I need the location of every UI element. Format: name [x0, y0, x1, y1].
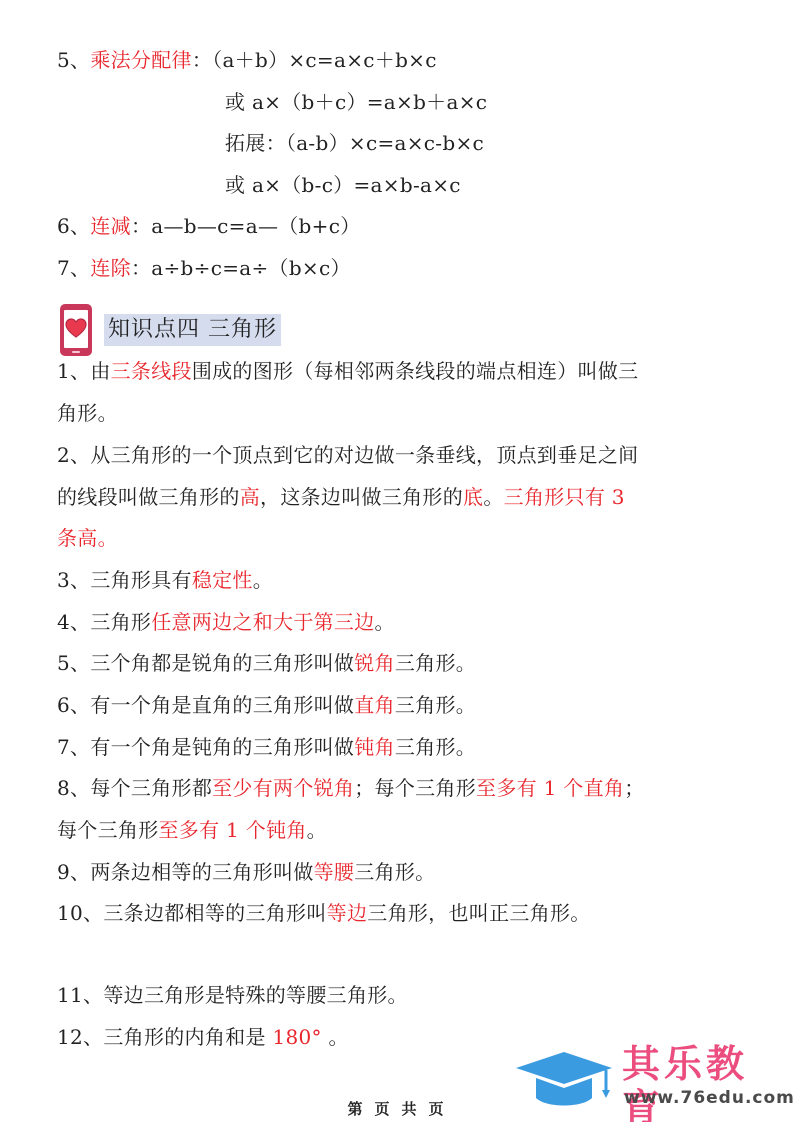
- point-text: 5、三个角都是锐角的三角形叫做: [57, 651, 354, 675]
- highlighted-term: 锐角: [354, 651, 395, 675]
- knowledge-point-line: 每个三角形至多有 1 个钝角。: [57, 816, 327, 844]
- point-text: 7、有一个角是钝角的三角形叫做: [57, 735, 354, 759]
- law-item-6: 6、连减：a—b—c=a—（b+c）: [57, 212, 361, 240]
- point-text: 。: [307, 818, 327, 842]
- highlighted-term: 至少有两个锐角: [212, 776, 354, 800]
- item-number: 6、: [57, 214, 90, 238]
- highlighted-term: 直角: [354, 693, 395, 717]
- highlighted-term: 三条线段: [111, 359, 192, 383]
- point-text: 3、三角形具有: [57, 568, 192, 592]
- point-text: 的线段叫做三角形的: [57, 485, 240, 509]
- point-text: 12、三角形的内角和是: [57, 1025, 272, 1049]
- knowledge-point-line: 4、三角形任意两边之和大于第三边。: [57, 608, 395, 636]
- highlighted-term: 任意两边之和大于第三边: [151, 610, 374, 634]
- highlighted-term: 等边: [327, 901, 368, 925]
- item-number: 5、: [57, 48, 90, 72]
- extension-formula: （a-b）×c=a×c-b×c: [286, 131, 484, 155]
- point-text: 。: [253, 568, 273, 592]
- knowledge-point-line: 条高。: [57, 524, 118, 552]
- knowledge-point-line: 5、三个角都是锐角的三角形叫做锐角三角形。: [57, 649, 476, 677]
- knowledge-point-line: 8、每个三角形都至少有两个锐角；每个三角形至多有 1 个直角；: [57, 774, 645, 802]
- law-item-5-extension: 拓展：（a-b）×c=a×c-b×c: [225, 129, 484, 157]
- point-text: 。: [322, 1025, 349, 1049]
- point-text: 6、有一个角是直角的三角形叫做: [57, 693, 354, 717]
- colon: ：: [192, 48, 212, 72]
- footer-text: 共: [402, 1100, 419, 1118]
- point-text: 4、三角形: [57, 610, 151, 634]
- footer-text: 页: [429, 1100, 446, 1118]
- law-term: 连减: [90, 214, 131, 238]
- point-text: 10、三条边都相等的三角形叫: [57, 901, 327, 925]
- section-title: 知识点四 三角形: [104, 314, 281, 346]
- knowledge-point-line: 的线段叫做三角形的高，这条边叫做三角形的底。三角形只有 3: [57, 483, 625, 511]
- knowledge-point-line: 2、从三角形的一个顶点到它的对边做一条垂线，顶点到垂足之间: [57, 441, 638, 469]
- point-text: 三角形。: [354, 860, 435, 884]
- point-text: ，这条边叫做三角形的: [260, 485, 463, 509]
- point-text: 2、从三角形的一个顶点到它的对边做一条垂线，顶点到垂足之间: [57, 443, 638, 467]
- point-text: 三角形。: [395, 651, 476, 675]
- point-text: 8、每个三角形都: [57, 776, 212, 800]
- page-footer: 第页共页: [0, 1098, 793, 1119]
- law-item-5: 5、乘法分配律：（a＋b）×c=a×c＋b×c: [57, 46, 437, 74]
- highlighted-term: 钝角: [354, 735, 395, 759]
- law-term: 连除: [90, 256, 131, 280]
- point-text: 三角形。: [395, 735, 476, 759]
- extension-label: 拓展：: [225, 131, 286, 155]
- point-text: 围成的图形（每相邻两条线段的端点相连）叫做三: [192, 359, 639, 383]
- knowledge-point-line: 12、三角形的内角和是 180° 。: [57, 1023, 349, 1051]
- law-formula: a—b—c=a—（b+c）: [151, 214, 360, 238]
- knowledge-point-line: 11、等边三角形是特殊的等腰三角形。: [57, 981, 408, 1009]
- section-heading: 知识点四 三角形: [60, 302, 281, 358]
- colon: ：: [131, 214, 151, 238]
- law-item-5-alt: 或 a×（b＋c）=a×b＋a×c: [225, 88, 487, 116]
- point-text: ；每个三角形: [354, 776, 476, 800]
- highlighted-term: 高: [240, 485, 260, 509]
- point-text: 角形。: [57, 401, 118, 425]
- point-text: 11、等边三角形是特殊的等腰三角形。: [57, 983, 408, 1007]
- footer-text: 页: [374, 1100, 391, 1118]
- point-text: ；: [624, 776, 644, 800]
- point-text: 每个三角形: [57, 818, 159, 842]
- law-item-7: 7、连除：a÷b÷c=a÷（b×c）: [57, 254, 351, 282]
- highlighted-term: 至多有 1 个钝角: [159, 818, 307, 842]
- highlighted-term: 条高。: [57, 526, 118, 550]
- knowledge-point-line: 3、三角形具有稳定性。: [57, 566, 273, 594]
- highlighted-term: 稳定性: [192, 568, 253, 592]
- knowledge-point-line: 角形。: [57, 399, 118, 427]
- colon: ：: [131, 256, 151, 280]
- knowledge-point-line: 10、三条边都相等的三角形叫等边三角形，也叫正三角形。: [57, 899, 591, 927]
- point-text: 三角形，也叫正三角形。: [367, 901, 590, 925]
- highlighted-term: 至多有 1 个直角: [476, 776, 624, 800]
- knowledge-point-line: 9、两条边相等的三角形叫做等腰三角形。: [57, 858, 435, 886]
- law-item-5-extension-alt: 或 a×（b-c）=a×b-a×c: [225, 171, 461, 199]
- point-text: 。: [483, 485, 503, 509]
- highlighted-term: 三角形只有 3: [504, 485, 625, 509]
- point-text: 9、两条边相等的三角形叫做: [57, 860, 314, 884]
- point-text: 。: [375, 610, 395, 634]
- highlighted-term: 等腰: [314, 860, 355, 884]
- knowledge-point-line: 1、由三条线段围成的图形（每相邻两条线段的端点相连）叫做三: [57, 357, 638, 385]
- highlighted-term: 180°: [272, 1025, 321, 1049]
- knowledge-point-line: 6、有一个角是直角的三角形叫做直角三角形。: [57, 691, 476, 719]
- law-formula: （a＋b）×c=a×c＋b×c: [212, 48, 437, 72]
- knowledge-point-line: 7、有一个角是钝角的三角形叫做钝角三角形。: [57, 733, 476, 761]
- phone-heart-icon: [60, 304, 92, 356]
- point-text: 三角形。: [395, 693, 476, 717]
- footer-text: 第: [347, 1100, 364, 1118]
- highlighted-term: 底: [463, 485, 483, 509]
- point-text: 1、由: [57, 359, 111, 383]
- law-term: 乘法分配律: [90, 48, 192, 72]
- law-formula: a÷b÷c=a÷（b×c）: [151, 256, 351, 280]
- item-number: 7、: [57, 256, 90, 280]
